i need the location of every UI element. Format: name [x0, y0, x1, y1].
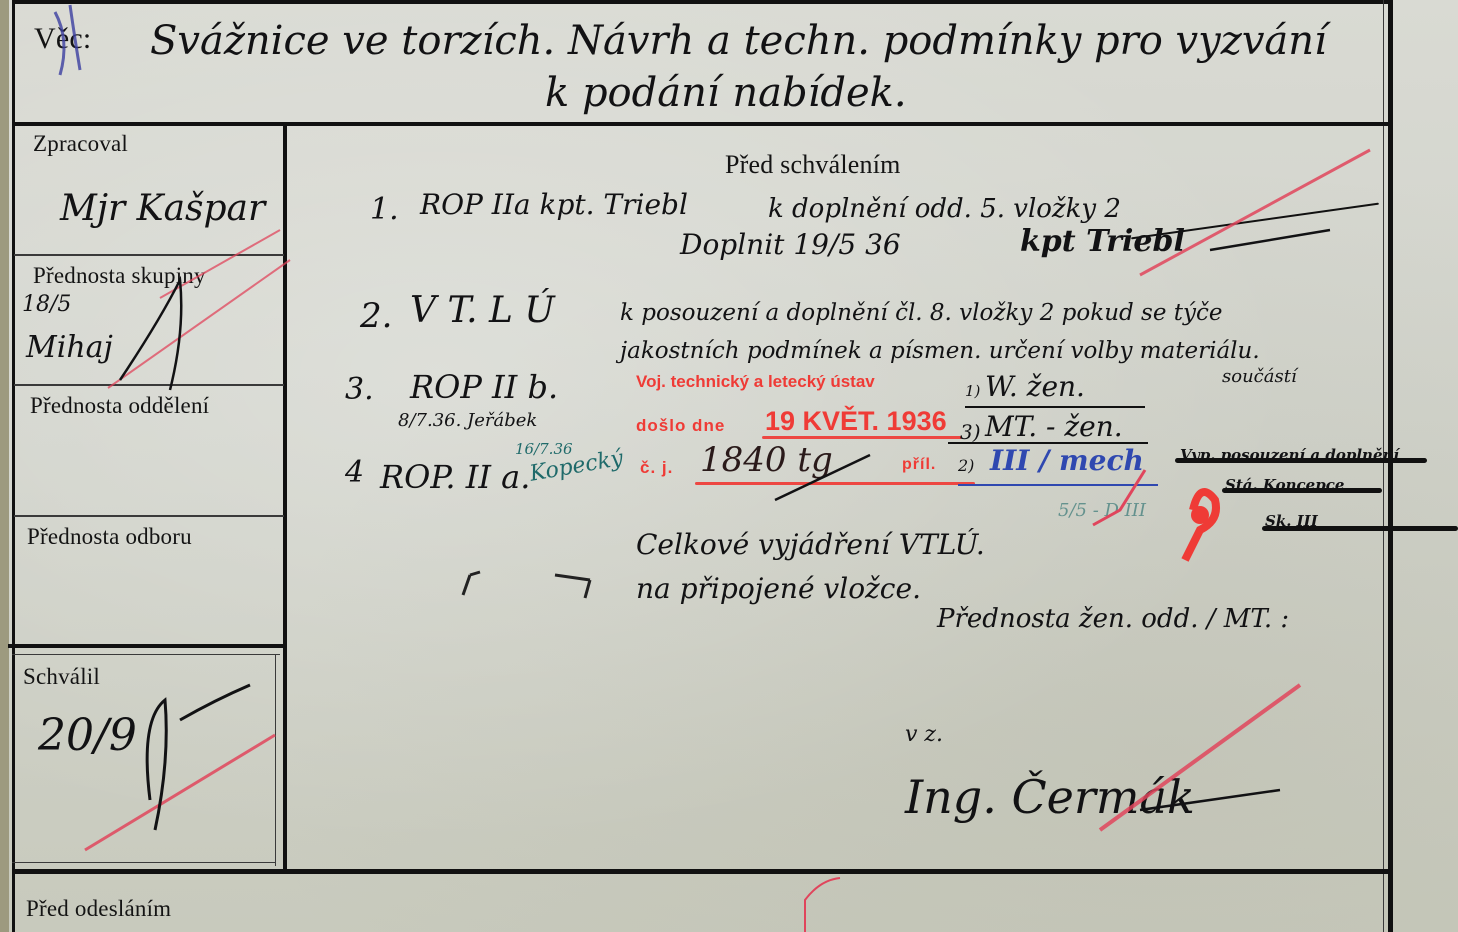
overall-statement-line-1: Celkové vyjádření VTLÚ.: [636, 528, 985, 561]
row-separator-2: [14, 384, 284, 386]
subject-bottom-line: [14, 122, 1388, 126]
routing-note: 5/5 - D III: [1058, 500, 1146, 521]
prednosta-skupiny-date: 18/5: [22, 292, 71, 317]
item-1-signature: kpt Triebl: [1020, 224, 1185, 259]
stamp-line-1: Voj. technický a letecký ústav: [636, 372, 875, 392]
footer-top-line: [14, 869, 1388, 874]
item-3-note: 8/7.36. Jeřábek: [398, 410, 537, 431]
item-2-insert: součástí: [1222, 366, 1297, 387]
schvalil-box-top: [8, 644, 284, 648]
frame-left-line: [12, 0, 15, 932]
schvalil-box-bottom-inner: [12, 862, 276, 863]
stamp-received-prefix: došlo dne: [636, 416, 725, 436]
main-heading: Před schválením: [725, 150, 901, 180]
pred-odeslanim-label: Před odesláním: [26, 896, 171, 922]
routing-1-underline: [965, 406, 1145, 408]
item-2-recipient: V T. L Ú: [410, 290, 555, 331]
subject-label: Věc:: [34, 22, 91, 56]
frame-right-line-inner: [1383, 0, 1384, 932]
schvalil-date: 20/9: [38, 710, 137, 761]
routing-3-underline: [958, 484, 1158, 486]
subject-line-1: Svážnice ve torzích. Návrh a techn. podm…: [150, 18, 1327, 64]
item-2-text-line-1: k posouzení a doplnění čl. 8. vložky 2 p…: [620, 300, 1223, 326]
routing-3-index: 2): [958, 456, 974, 475]
stamp-received-date: 19 KVĚT. 1936: [765, 406, 947, 437]
routing-3: III / mech: [990, 444, 1144, 477]
column-divider: [283, 126, 287, 871]
routing-2-index: 3): [960, 420, 981, 444]
struck-entry-3-line: [1262, 526, 1458, 531]
item-4-recipient: ROP. II a.: [380, 458, 530, 496]
frame-top-line: [14, 0, 1390, 4]
item-2-text-line-2: jakostních podmínek a písmen. určení vol…: [620, 338, 1260, 364]
item-1-number: 1.: [370, 192, 399, 227]
stamp-ref-number: 1840 tg: [700, 440, 833, 480]
item-1-note: Doplnit 19/5 36: [680, 228, 901, 261]
signatory-title: Přednosta žen. odd. / MT. :: [937, 604, 1289, 634]
item-1-recipient: ROP IIa kpt. Triebl: [420, 188, 688, 221]
page-edge: [0, 0, 9, 932]
row-separator-3: [14, 515, 284, 517]
schvalil-label: Schválil: [23, 664, 100, 690]
stamp-date-underline: [762, 436, 962, 439]
stamp-attachments-prefix: příl.: [902, 456, 936, 474]
item-4-number: 4: [345, 455, 364, 490]
struck-entry-1-line: [1175, 458, 1427, 463]
prednosta-skupiny-label: Přednosta skupiny: [33, 263, 206, 289]
item-3-recipient: ROP II b.: [410, 368, 558, 406]
signatory-signature: Ing. Čermák: [905, 770, 1195, 824]
item-3-number: 3.: [345, 372, 374, 407]
subject-line-2: k podání nabídek.: [545, 70, 907, 116]
frame-right-line-outer: [1388, 0, 1393, 932]
schvalil-box-right-inner: [275, 654, 276, 866]
routing-1-index: 1): [965, 382, 980, 400]
routing-1: W. žen.: [985, 370, 1085, 403]
struck-entry-2-line: [1222, 488, 1382, 493]
item-1-text: k doplnění odd. 5. vložky 2: [768, 194, 1121, 224]
schvalil-box-top-inner: [12, 654, 280, 655]
stamp-ref-prefix: č. j.: [640, 458, 673, 478]
item-2-number: 2.: [360, 296, 392, 336]
row-separator-1: [14, 254, 284, 256]
zpracoval-signature: Mjr Kašpar: [60, 188, 265, 229]
routing-2: MT. - žen.: [985, 410, 1123, 443]
signatory-prefix: v z.: [905, 722, 943, 747]
zpracoval-label: Zpracoval: [33, 131, 128, 157]
overall-statement-line-2: na připojené vložce.: [636, 572, 921, 605]
stamp-ref-underline: [695, 482, 975, 485]
prednosta-odboru-label: Přednosta odboru: [27, 524, 192, 550]
prednosta-oddeleni-label: Přednosta oddělení: [30, 393, 209, 419]
prednosta-skupiny-signature: Mihaj: [26, 330, 113, 365]
